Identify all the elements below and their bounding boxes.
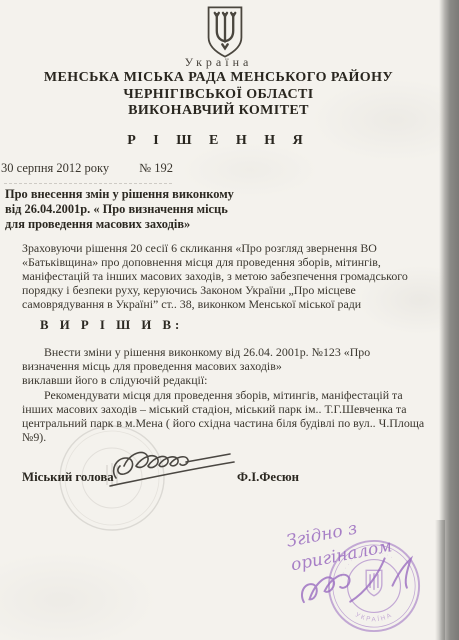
signature-scribble <box>108 444 240 497</box>
organization-name-line1: МЕНСЬКА МІСЬКА РАДА МЕНСЬКОГО РАЙОНУ <box>0 70 437 86</box>
date-and-number-line: 30 серпня 2012 року№ 192 <box>1 161 173 176</box>
country-label: Україна <box>0 55 437 70</box>
organization-name-line2: ЧЕРНІГІВСЬКОЇ ОБЛАСТІ <box>0 87 437 103</box>
subject-line: для проведення масових заходів» <box>5 217 275 232</box>
signature-name: Ф.І.Фесюн <box>237 470 299 485</box>
subject-block: Про внесення змін у рішення виконкому ві… <box>5 187 275 231</box>
clause1-paragraph: Внести зміни у рішення виконкому від 26.… <box>22 345 414 373</box>
document-type-title: Р І Ш Е Н Н Я <box>0 133 437 149</box>
clause1-tail-line: виклавши його в слідуючій редакції: <box>22 373 414 387</box>
organization-name-line3: ВИКОНАВЧИЙ КОМІТЕТ <box>0 103 437 119</box>
document-number: № 192 <box>139 161 173 175</box>
scanned-document-page: Україна МЕНСЬКА МІСЬКА РАДА МЕНСЬКОГО РА… <box>0 0 459 640</box>
signature-title: Міський голова <box>22 470 114 485</box>
resolved-label: В И Р І Ш И В: <box>40 318 183 333</box>
preamble-paragraph: Зраховуючи рішення 20 сесії 6 скликання … <box>22 241 424 311</box>
document-date: 30 серпня 2012 року <box>1 161 109 175</box>
scan-artifact-dotted-line <box>4 183 172 184</box>
scan-edge-shadow-bottom <box>435 520 445 640</box>
subject-line: Про внесення змін у рішення виконкому <box>5 187 275 202</box>
subject-line: від 26.04.2001р. « Про визначення місць <box>5 202 275 217</box>
